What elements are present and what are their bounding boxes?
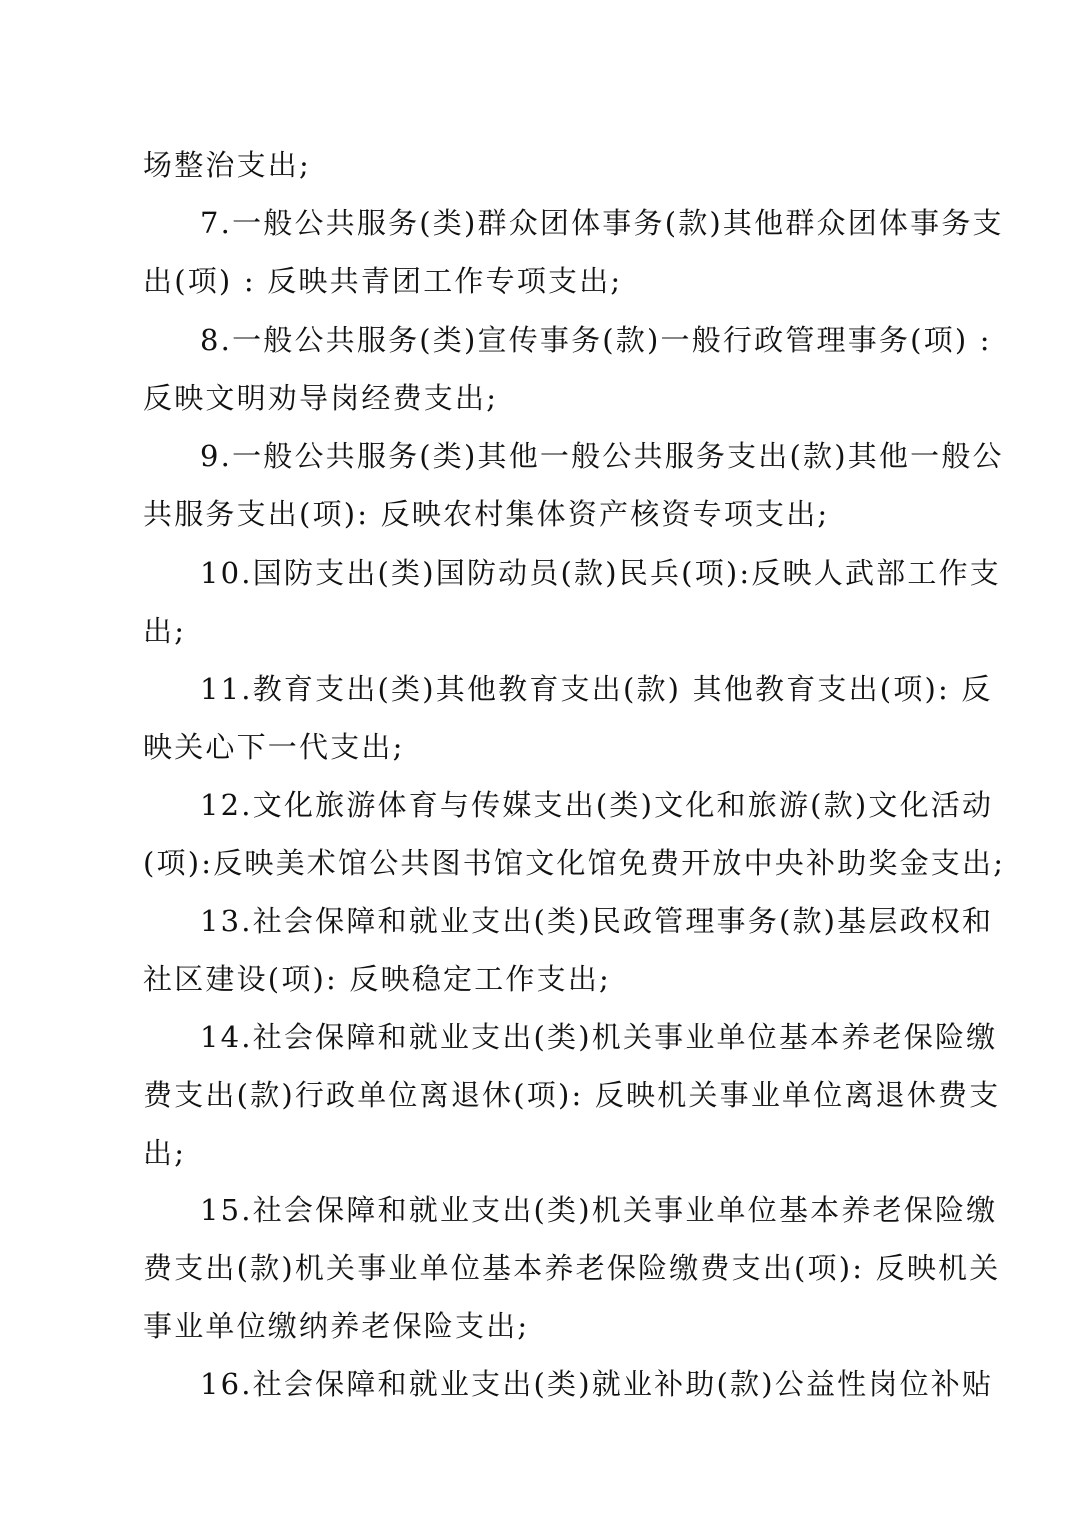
item-7-line-1: 7.一般公共服务(类)群众团体事务(款)其他群众团体事务支	[200, 203, 943, 243]
item-13-line-1: 13.社会保障和就业支出(类)民政管理事务(款)基层政权和	[200, 901, 943, 941]
document-page: 场整治支出; 7.一般公共服务(类)群众团体事务(款)其他群众团体事务支 出(项…	[0, 0, 1074, 1520]
item-11-line-2: 映关心下一代支出;	[143, 727, 943, 767]
item-11-line-1: 11.教育支出(类)其他教育支出(款) 其他教育支出(项): 反	[200, 669, 943, 709]
item-7-line-2: 出(项) : 反映共青团工作专项支出;	[143, 261, 943, 301]
item-10-line-1: 10.国防支出(类)国防动员(款)民兵(项):反映人武部工作支	[200, 553, 943, 593]
item-8-line-2: 反映文明劝导岗经费支出;	[143, 378, 943, 418]
item-14-line-3: 出;	[143, 1133, 943, 1173]
item-9-line-2: 共服务支出(项): 反映农村集体资产核资专项支出;	[143, 494, 943, 534]
text-line-1: 场整治支出;	[143, 145, 943, 185]
item-12-line-1: 12.文化旅游体育与传媒支出(类)文化和旅游(款)文化活动	[200, 785, 943, 825]
item-16-line-1: 16.社会保障和就业支出(类)就业补助(款)公益性岗位补贴	[200, 1364, 943, 1404]
item-15-line-3: 事业单位缴纳养老保险支出;	[143, 1306, 943, 1346]
item-14-line-2: 费支出(款)行政单位离退休(项): 反映机关事业单位离退休费支	[143, 1075, 943, 1115]
item-12-line-2: (项):反映美术馆公共图书馆文化馆免费开放中央补助奖金支出;	[143, 843, 943, 883]
item-8-line-1: 8.一般公共服务(类)宣传事务(款)一般行政管理事务(项) :	[200, 320, 943, 360]
item-9-line-1: 9.一般公共服务(类)其他一般公共服务支出(款)其他一般公	[200, 436, 943, 476]
item-14-line-1: 14.社会保障和就业支出(类)机关事业单位基本养老保险缴	[200, 1017, 943, 1057]
item-15-line-1: 15.社会保障和就业支出(类)机关事业单位基本养老保险缴	[200, 1190, 943, 1230]
item-15-line-2: 费支出(款)机关事业单位基本养老保险缴费支出(项): 反映机关	[143, 1248, 943, 1288]
item-13-line-2: 社区建设(项): 反映稳定工作支出;	[143, 959, 943, 999]
item-10-line-2: 出;	[143, 611, 943, 651]
